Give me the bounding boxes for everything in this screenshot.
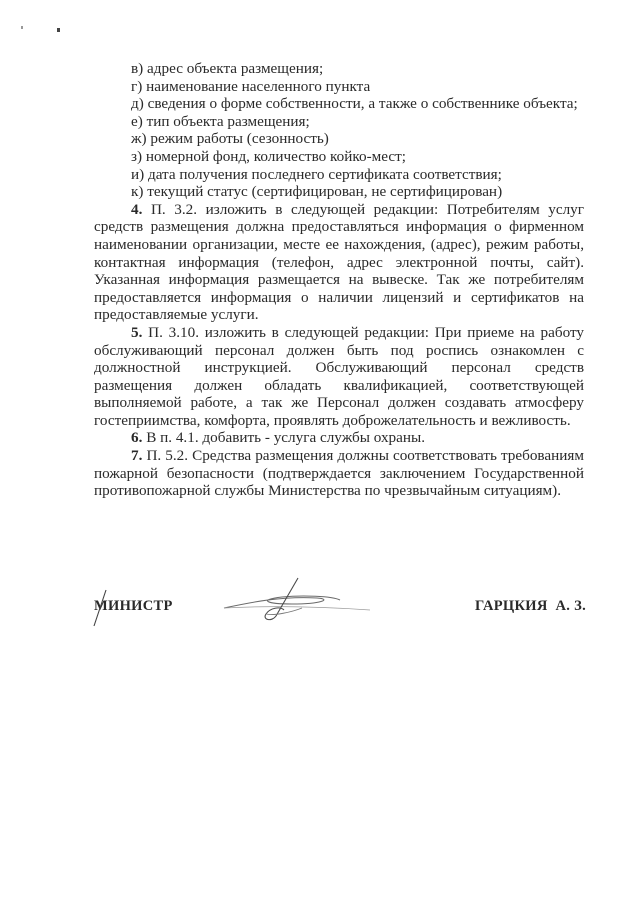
paragraph-number: 4. [131,201,142,218]
pen-stroke-icon [90,588,110,628]
list-item: к) текущий статус (сертифицирован, не се… [94,183,584,201]
paragraph-text: П. 5.2. Средства размещения должны соотв… [94,447,584,499]
document-page: в) адрес объекта размещения; г) наименов… [0,0,640,905]
paragraph-4: 4. П. 3.2. изложить в следующей редакции… [94,201,584,324]
document-body: в) адрес объекта размещения; г) наименов… [94,60,584,500]
paragraph-6: 6. В п. 4.1. добавить - услуга службы ох… [94,429,584,447]
scan-speck [57,28,60,32]
handwritten-signature-icon [222,576,372,626]
paragraph-number: 7. [131,447,142,464]
list-item: г) наименование населенного пункта [94,78,584,96]
paragraph-7: 7. П. 5.2. Средства размещения должны со… [94,447,584,500]
scan-speck [21,26,23,29]
list-item: з) номерной фонд, количество койко-мест; [94,148,584,166]
list-item: в) адрес объекта размещения; [94,60,584,78]
paragraph-number: 6. [131,429,142,446]
paragraph-text: П. 3.10. изложить в следующей редакции: … [94,324,584,429]
list-item: д) сведения о форме собственности, а так… [94,95,584,113]
list-item: ж) режим работы (сезонность) [94,130,584,148]
list-item: и) дата получения последнего сертификата… [94,166,584,184]
paragraph-text: П. 3.2. изложить в следующей редакции: П… [94,201,584,324]
paragraph-5: 5. П. 3.10. изложить в следующей редакци… [94,324,584,430]
list-item: е) тип объекта размещения; [94,113,584,131]
signature-block: МИНИСТР ГАРЦКИЯ А. З. [92,590,588,630]
paragraph-number: 5. [131,324,142,341]
signatory-name: ГАРЦКИЯ А. З. [475,598,586,615]
paragraph-text: В п. 4.1. добавить - услуга службы охран… [142,429,425,446]
info-list: в) адрес объекта размещения; г) наименов… [94,60,584,201]
